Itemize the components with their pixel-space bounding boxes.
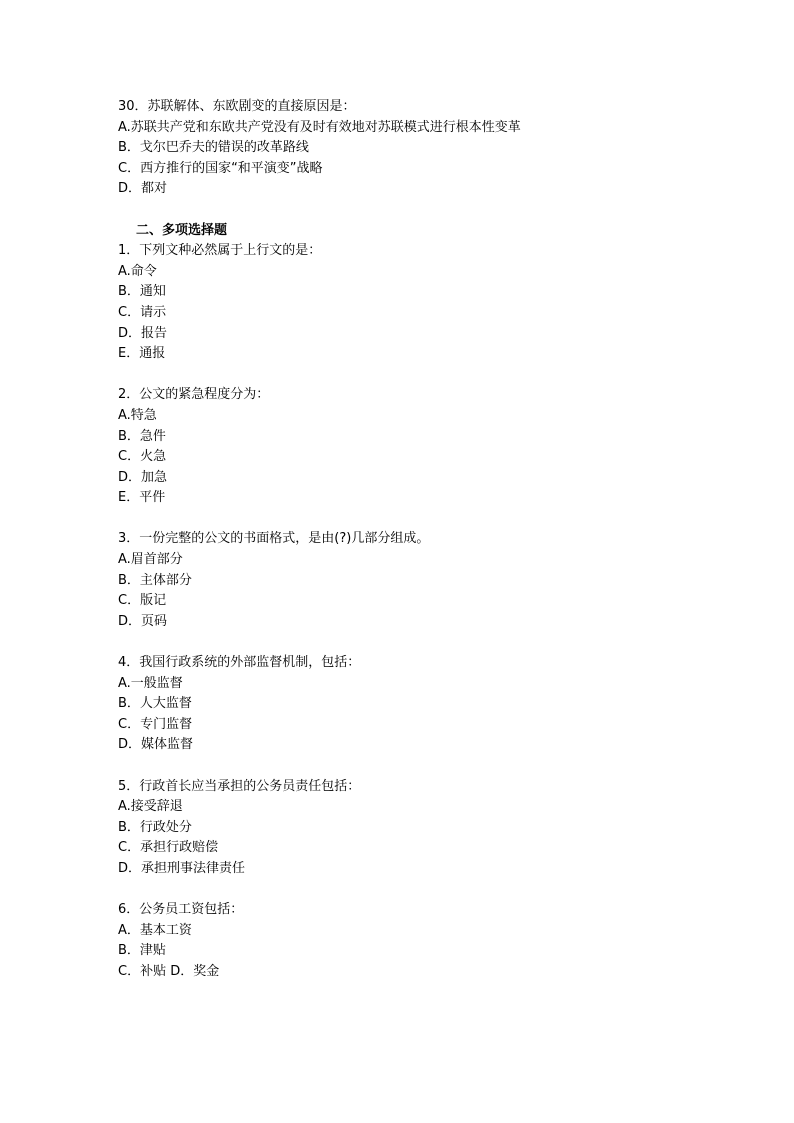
option-text: C．承担行政赔偿 (118, 838, 718, 859)
option-text: D．报告 (118, 324, 718, 345)
option-text: B．通知 (118, 282, 718, 303)
spacer (118, 509, 718, 530)
question-text: 1．下列文种必然属于上行文的是： (118, 241, 718, 262)
question-text: 4．我国行政系统的外部监督机制，包括： (118, 653, 718, 674)
option-text: A.命令 (118, 262, 718, 283)
option-text: A．基本工资 (118, 921, 718, 942)
option-text: C．补贴 D．奖金 (118, 962, 718, 983)
option-text: B．急件 (118, 427, 718, 448)
question-text: 3．一份完整的公文的书面格式，是由(?)几部分组成。 (118, 529, 718, 550)
option-text: D．加急 (118, 468, 718, 489)
option-text: C．火急 (118, 447, 718, 468)
spacer (118, 365, 718, 386)
option-text: A.接受辞退 (118, 797, 718, 818)
option-text: B．戈尔巴乔夫的错误的改革路线 (118, 138, 718, 159)
option-text: D．媒体监督 (118, 735, 718, 756)
option-text: E．平件 (118, 488, 718, 509)
option-text: D．承担刑事法律责任 (118, 859, 718, 880)
option-text: A.一般监督 (118, 674, 718, 695)
option-text: A.特急 (118, 406, 718, 427)
option-text: E．通报 (118, 344, 718, 365)
question-text: 6．公务员工资包括： (118, 900, 718, 921)
spacer (118, 880, 718, 901)
section-heading: 二、多项选择题 (118, 221, 718, 242)
option-text: D．都对 (118, 179, 718, 200)
option-text: B．津贴 (118, 941, 718, 962)
option-text: C．西方推行的国家“和平演变”战略 (118, 159, 718, 180)
option-text: A.苏联共产党和东欧共产党没有及时有效地对苏联模式进行根本性变革 (118, 118, 718, 139)
document-page: 30．苏联解体、东欧剧变的直接原因是： A.苏联共产党和东欧共产党没有及时有效地… (118, 97, 718, 983)
option-text: D．页码 (118, 612, 718, 633)
option-text: C．版记 (118, 591, 718, 612)
spacer (118, 200, 718, 221)
question-text: 5．行政首长应当承担的公务员责任包括： (118, 777, 718, 798)
question-text: 30．苏联解体、东欧剧变的直接原因是： (118, 97, 718, 118)
spacer (118, 756, 718, 777)
question-text: 2．公文的紧急程度分为： (118, 385, 718, 406)
spacer (118, 632, 718, 653)
option-text: B．人大监督 (118, 694, 718, 715)
option-text: A.眉首部分 (118, 550, 718, 571)
option-text: C．请示 (118, 303, 718, 324)
option-text: C．专门监督 (118, 715, 718, 736)
option-text: B．行政处分 (118, 818, 718, 839)
option-text: B．主体部分 (118, 571, 718, 592)
